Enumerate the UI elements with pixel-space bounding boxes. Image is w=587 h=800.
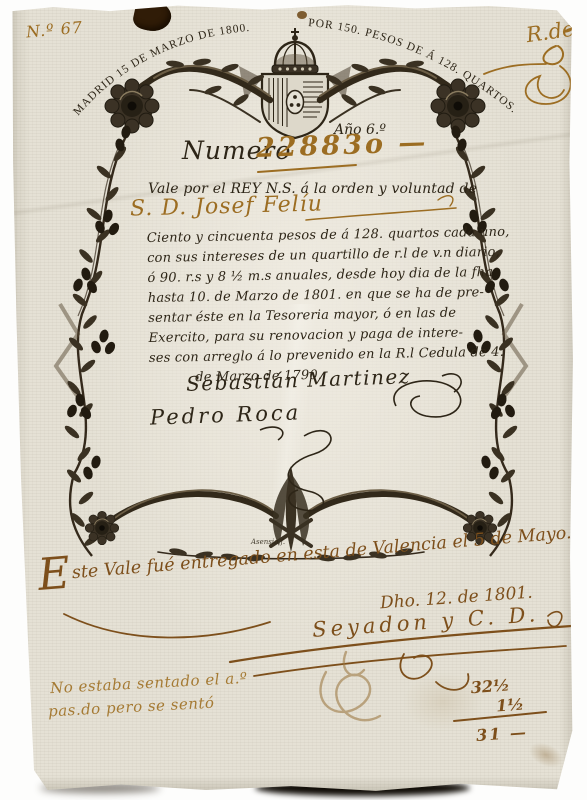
numero-underline: [258, 165, 356, 172]
scan-background: MADRID 15 DE MARZO DE 1800. POR 150. PES…: [0, 0, 587, 800]
initial-e-tail: [64, 614, 270, 638]
endorsement-mark: [548, 612, 562, 627]
delivery-initial: E: [36, 548, 72, 601]
order-line-ink-mark: [438, 196, 453, 206]
ink-spot: [297, 11, 307, 19]
calc-subtrahend: 1½: [495, 695, 524, 716]
calc-result: 31 —: [475, 722, 528, 745]
vale-number-value: 22883o —: [256, 127, 429, 164]
rubric-scribble: [320, 652, 380, 720]
received-mark-loop: [484, 64, 571, 104]
payee-underline: [306, 208, 456, 220]
manuscript-flourishes: [8, 4, 574, 794]
paper-stain: [403, 672, 483, 732]
vale-real-document: MADRID 15 DE MARZO DE 1800. POR 150. PES…: [8, 4, 574, 794]
payee-name: S. D. Josef Felíu: [130, 191, 324, 221]
